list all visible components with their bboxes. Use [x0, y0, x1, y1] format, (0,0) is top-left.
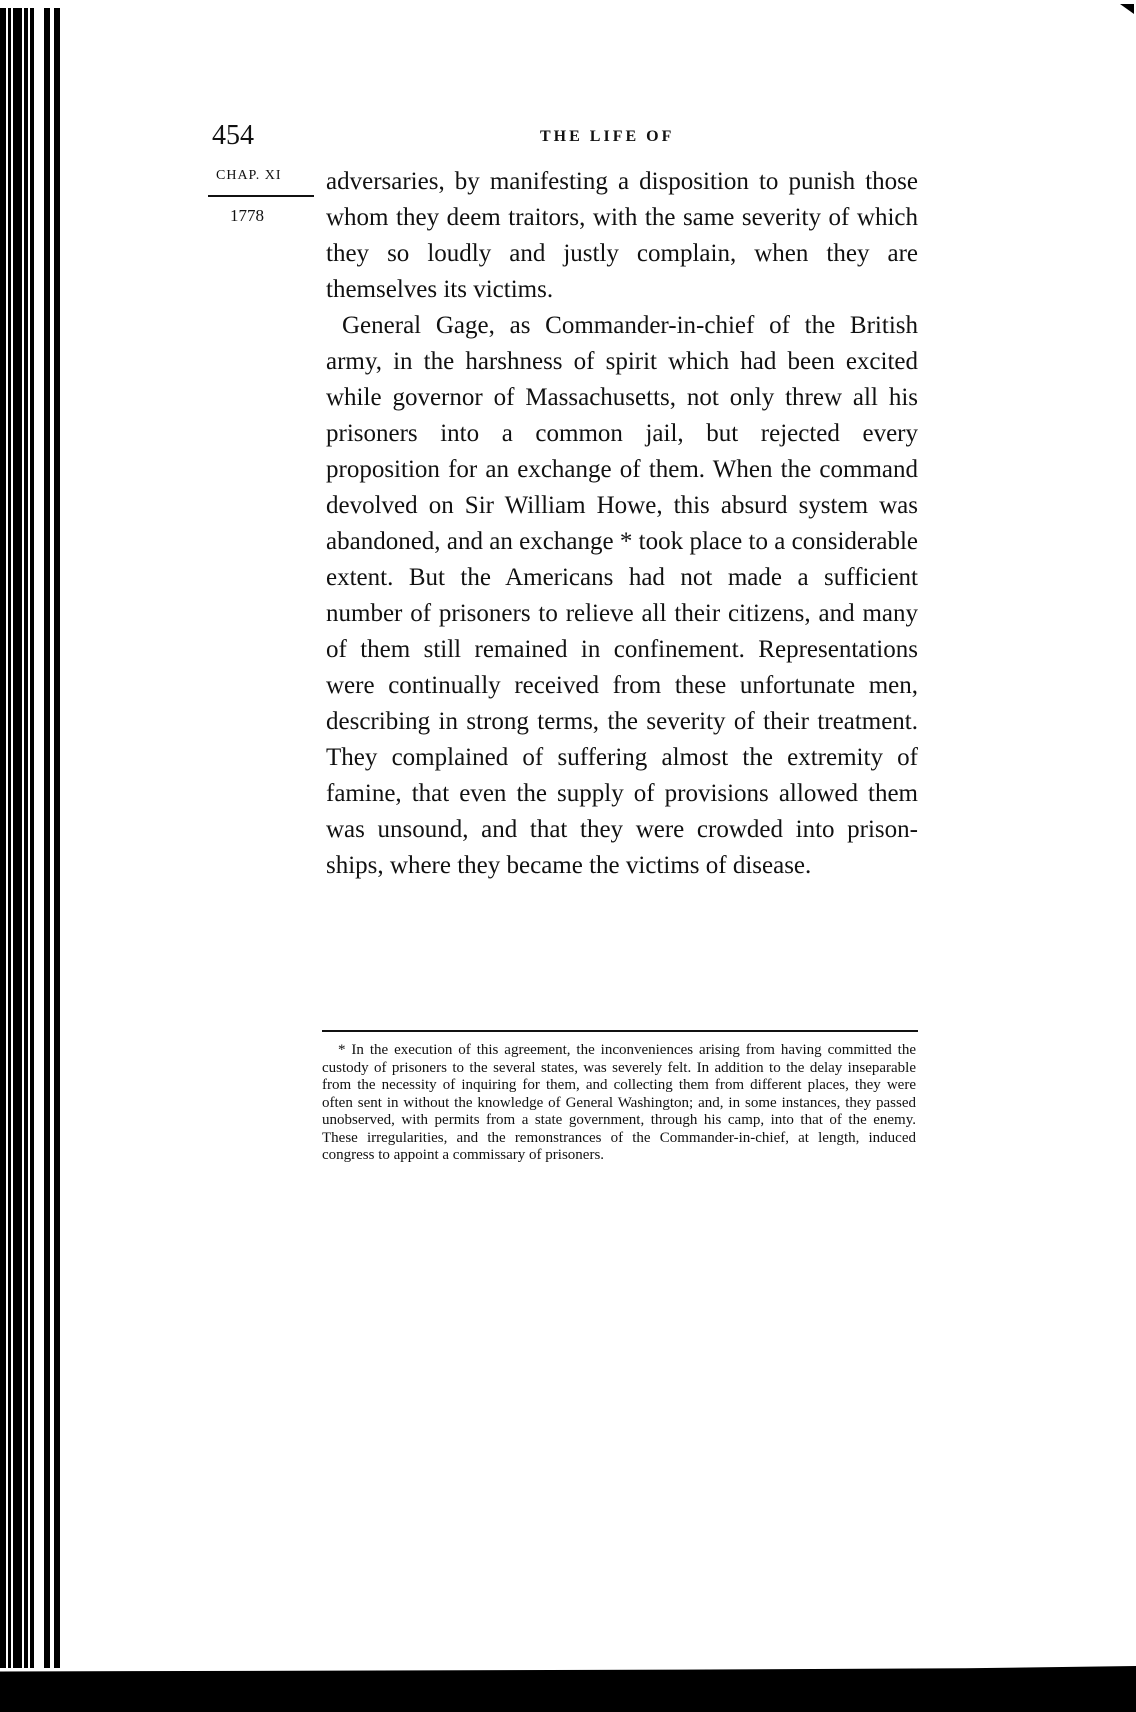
footnote-text: * In the execution of this agreement, th… — [322, 1042, 916, 1165]
page-number: 454 — [212, 120, 254, 152]
margin-divider — [208, 195, 314, 197]
scanned-book-binding-edge — [0, 8, 68, 1668]
scan-corner-mark — [1120, 4, 1134, 14]
footnote: * In the execution of this agreement, th… — [322, 1042, 916, 1165]
body-text: adversaries, by manifesting a dispositio… — [326, 164, 918, 884]
footnote-divider — [322, 1030, 918, 1032]
running-title: THE LIFE OF — [540, 128, 674, 146]
paragraph-continued: adversaries, by manifesting a dispositio… — [326, 164, 918, 308]
scan-bottom-shadow — [0, 1666, 1136, 1712]
paragraph-general-gage: General Gage, as Commander-in-chief of t… — [326, 308, 918, 884]
margin-year: 1778 — [230, 206, 264, 226]
margin-chapter-label: CHAP. XI — [216, 168, 282, 184]
